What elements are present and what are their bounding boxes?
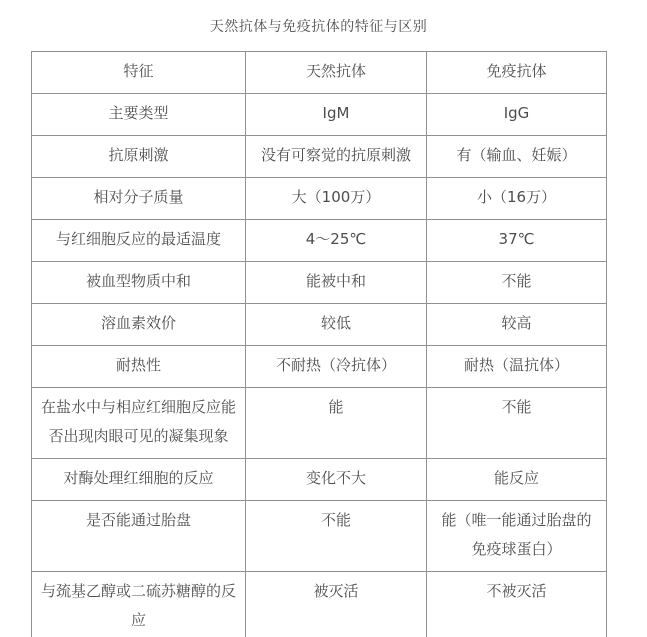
immune-antibody-cell: 能（唯一能通过胎盘的 免疫球蛋白） [427, 501, 607, 572]
table-row: 溶血素效价 较低 较高 [32, 304, 607, 346]
natural-antibody-cell: 被灭活 [246, 572, 427, 637]
immune-antibody-cell: 37℃ [427, 220, 607, 262]
natural-antibody-cell: 能 [246, 388, 427, 459]
feature-cell: 对酶处理红细胞的反应 [32, 459, 246, 501]
immune-antibody-cell: 不被灭活 [427, 572, 607, 637]
antibody-comparison-table: 特征 天然抗体 免疫抗体 主要类型 IgM IgG 抗原刺激 没有可察觉的抗原刺… [31, 51, 607, 637]
immune-antibody-cell: 耐热（温抗体） [427, 346, 607, 388]
immune-antibody-cell: 小（16万） [427, 178, 607, 220]
table-row: 抗原刺激 没有可察觉的抗原刺激 有（输血、妊娠） [32, 136, 607, 178]
natural-antibody-cell: 不耐热（冷抗体） [246, 346, 427, 388]
natural-antibody-cell: IgM [246, 94, 427, 136]
table-row: 与巯基乙醇或二硫苏糖醇的反 应 被灭活 不被灭活 [32, 572, 607, 637]
feature-cell: 是否能通过胎盘 [32, 501, 246, 572]
immune-antibody-cell: 不能 [427, 262, 607, 304]
feature-cell: 在盐水中与相应红细胞反应能 否出现肉眼可见的凝集现象 [32, 388, 246, 459]
immune-antibody-cell: 较高 [427, 304, 607, 346]
page-title: 天然抗体与免疫抗体的特征与区别 [31, 16, 606, 36]
natural-antibody-cell: 变化不大 [246, 459, 427, 501]
immune-antibody-cell: 能反应 [427, 459, 607, 501]
natural-antibody-cell: 大（100万） [246, 178, 427, 220]
feature-cell: 与巯基乙醇或二硫苏糖醇的反 应 [32, 572, 246, 637]
column-header-feature: 特征 [32, 52, 246, 94]
natural-antibody-cell: 没有可察觉的抗原刺激 [246, 136, 427, 178]
natural-antibody-cell: 能被中和 [246, 262, 427, 304]
table-row: 主要类型 IgM IgG [32, 94, 607, 136]
table-row: 相对分子质量 大（100万） 小（16万） [32, 178, 607, 220]
immune-antibody-cell: 有（输血、妊娠） [427, 136, 607, 178]
natural-antibody-cell: 不能 [246, 501, 427, 572]
table-row: 在盐水中与相应红细胞反应能 否出现肉眼可见的凝集现象 能 不能 [32, 388, 607, 459]
header-row: 特征 天然抗体 免疫抗体 [32, 52, 607, 94]
table-row: 被血型物质中和 能被中和 不能 [32, 262, 607, 304]
immune-antibody-cell: 不能 [427, 388, 607, 459]
feature-cell: 与红细胞反应的最适温度 [32, 220, 246, 262]
feature-cell: 耐热性 [32, 346, 246, 388]
page: 天然抗体与免疫抗体的特征与区别 特征 天然抗体 免疫抗体 主要类型 IgM Ig… [0, 0, 647, 637]
feature-cell: 被血型物质中和 [32, 262, 246, 304]
table-row: 对酶处理红细胞的反应 变化不大 能反应 [32, 459, 607, 501]
column-header-immune-antibody: 免疫抗体 [427, 52, 607, 94]
feature-cell: 主要类型 [32, 94, 246, 136]
natural-antibody-cell: 4～25℃ [246, 220, 427, 262]
column-header-natural-antibody: 天然抗体 [246, 52, 427, 94]
natural-antibody-cell: 较低 [246, 304, 427, 346]
immune-antibody-cell: IgG [427, 94, 607, 136]
feature-cell: 抗原刺激 [32, 136, 246, 178]
feature-cell: 溶血素效价 [32, 304, 246, 346]
table-row: 耐热性 不耐热（冷抗体） 耐热（温抗体） [32, 346, 607, 388]
feature-cell: 相对分子质量 [32, 178, 246, 220]
table-row: 是否能通过胎盘 不能 能（唯一能通过胎盘的 免疫球蛋白） [32, 501, 607, 572]
table-row: 与红细胞反应的最适温度 4～25℃ 37℃ [32, 220, 607, 262]
